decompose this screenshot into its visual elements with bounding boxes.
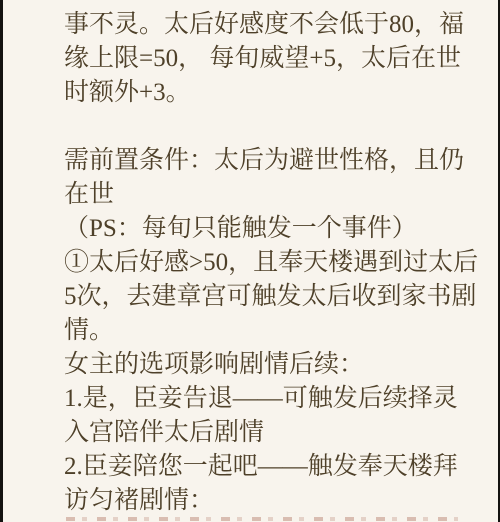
text-line: 5次，去建章宫可触发太后收到家书剧 <box>64 280 468 314</box>
left-edge-bar <box>0 0 3 522</box>
text-line: 缘上限=50， 每旬威望+5，太后在世 <box>64 42 468 76</box>
text-line: ①太后好感>50，且奉天楼遇到过太后 <box>64 246 468 280</box>
text-line: 访匀褚剧情： <box>64 484 468 518</box>
guide-text-block: 事不灵。太后好感度不会低于80，福 缘上限=50， 每旬威望+5，太后在世 时额… <box>64 8 468 518</box>
page-background: 事不灵。太后好感度不会低于80，福 缘上限=50， 每旬威望+5，太后在世 时额… <box>0 0 500 522</box>
text-line: 时额外+3。 <box>64 76 468 110</box>
text-line: 在世 <box>64 178 468 212</box>
cropped-text-line <box>66 517 458 521</box>
text-line: 情。 <box>64 314 468 348</box>
text-line: 入宫陪伴太后剧情 <box>64 416 468 450</box>
text-line: 事不灵。太后好感度不会低于80，福 <box>64 8 468 42</box>
text-line: 2.臣妾陪您一起吧——触发奉天楼拜 <box>64 450 468 484</box>
text-line: （PS：每旬只能触发一个事件） <box>64 212 468 246</box>
text-line: 女主的选项影响剧情后续： <box>64 348 468 382</box>
text-line: 需前置条件：太后为避世性格，且仍 <box>64 144 468 178</box>
text-line: 1.是，臣妾告退——可触发后续择灵 <box>64 382 468 416</box>
